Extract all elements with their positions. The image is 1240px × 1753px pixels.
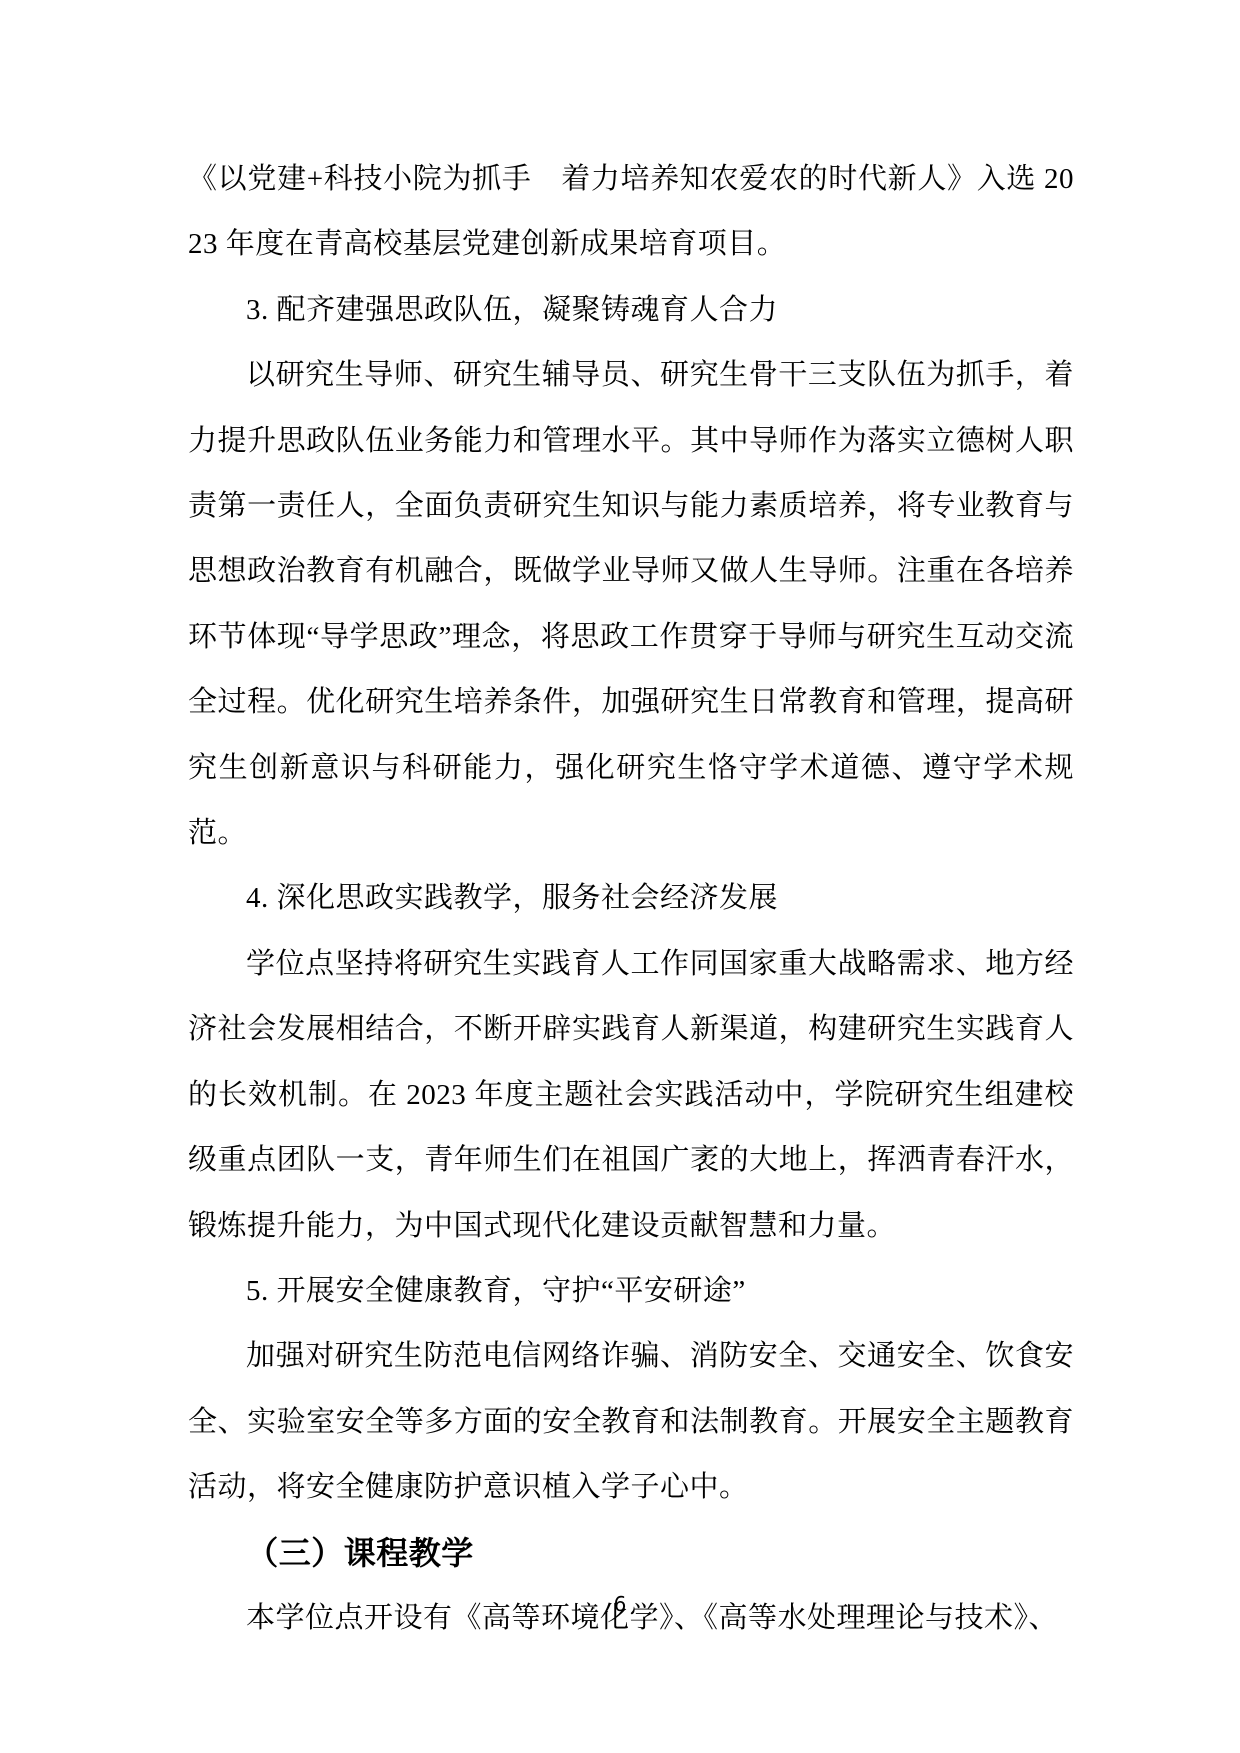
- heading-3-ideological-team: 3. 配齐建强思政队伍，凝聚铸魂育人合力: [188, 278, 1074, 343]
- paragraph-party-building-continuation: 《以党建+科技小院为抓手 着力培养知农爱农的时代新人》入选 2023 年度在青高…: [188, 147, 1074, 278]
- page-number: 6: [0, 1592, 1240, 1616]
- paragraph-safety-education-body: 加强对研究生防范电信网络诈骗、消防安全、交通安全、饮食安全、实验室安全等多方面的…: [188, 1324, 1074, 1520]
- document-text-block: 《以党建+科技小院为抓手 着力培养知农爱农的时代新人》入选 2023 年度在青高…: [188, 147, 1074, 1651]
- heading-5-safety-education: 5. 开展安全健康教育，守护“平安研途”: [188, 1259, 1074, 1324]
- paragraph-ideological-team-body: 以研究生导师、研究生辅导员、研究生骨干三支队伍为抓手，着力提升思政队伍业务能力和…: [188, 343, 1074, 866]
- section-heading-course-teaching: （三）课程教学: [188, 1521, 1074, 1586]
- document-page: 《以党建+科技小院为抓手 着力培养知农爱农的时代新人》入选 2023 年度在青高…: [0, 0, 1240, 1753]
- paragraph-practice-teaching-body: 学位点坚持将研究生实践育人工作同国家重大战略需求、地方经济社会发展相结合，不断开…: [188, 932, 1074, 1259]
- heading-4-practice-teaching: 4. 深化思政实践教学，服务社会经济发展: [188, 866, 1074, 931]
